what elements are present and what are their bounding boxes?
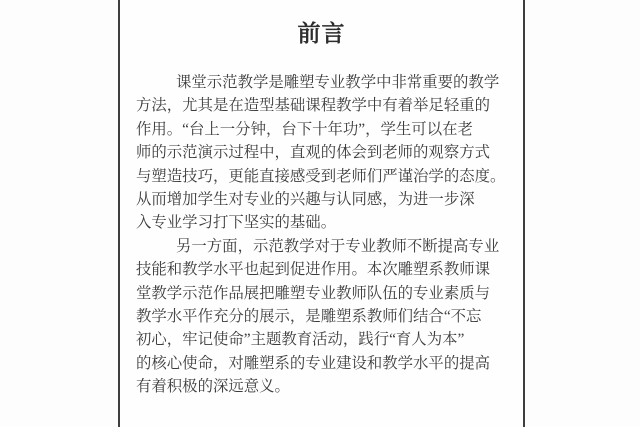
text-line: 有着积极的深远意义。: [136, 375, 492, 398]
text-line: 方法，尤其是在造型基础课程教学中有着举足轻重的: [136, 94, 492, 117]
paragraph-2: 另一方面，示范教学对于专业教师不断提高专业技能和教学水平也起到促进作用。本次雕塑…: [136, 235, 492, 399]
book-page-photo: 前言 课堂示范教学是雕塑专业教学中非常重要的教学方法，尤其是在造型基础课程教学中…: [0, 0, 640, 427]
text-line: 师的示范演示过程中，直观的体会到老师的观察方式: [136, 141, 492, 164]
paragraph-1: 课堂示范教学是雕塑专业教学中非常重要的教学方法，尤其是在造型基础课程教学中有着举…: [136, 71, 492, 235]
preface-body: 课堂示范教学是雕塑专业教学中非常重要的教学方法，尤其是在造型基础课程教学中有着举…: [136, 71, 492, 398]
text-line: 作用。“台上一分钟，台下十年功”，学生可以在老: [136, 118, 492, 141]
text-line: 技能和教学水平也起到促进作用。本次雕塑系教师课: [136, 258, 492, 281]
page-title: 前言: [120, 0, 523, 49]
preface-page: 前言 课堂示范教学是雕塑专业教学中非常重要的教学方法，尤其是在造型基础课程教学中…: [120, 0, 523, 427]
text-line: 的核心使命，对雕塑系的专业建设和教学水平的提高: [136, 352, 492, 375]
text-line: 与塑造技巧，更能直接感受到老师们严谨治学的态度。: [136, 165, 492, 188]
text-line: 堂教学示范作品展把雕塑专业教师队伍的专业素质与: [136, 282, 492, 305]
page-right-edge: [523, 0, 525, 427]
text-line: 入专业学习打下坚实的基础。: [136, 211, 492, 234]
text-line: 教学水平作充分的展示，是雕塑系教师们结合“不忘: [136, 305, 492, 328]
text-line: 初心，牢记使命”主题教育活动，践行“育人为本”: [136, 328, 492, 351]
text-line: 从而增加学生对专业的兴趣与认同感，为进一步深: [136, 188, 492, 211]
text-line: 课堂示范教学是雕塑专业教学中非常重要的教学: [136, 71, 492, 94]
text-line: 另一方面，示范教学对于专业教师不断提高专业: [136, 235, 492, 258]
